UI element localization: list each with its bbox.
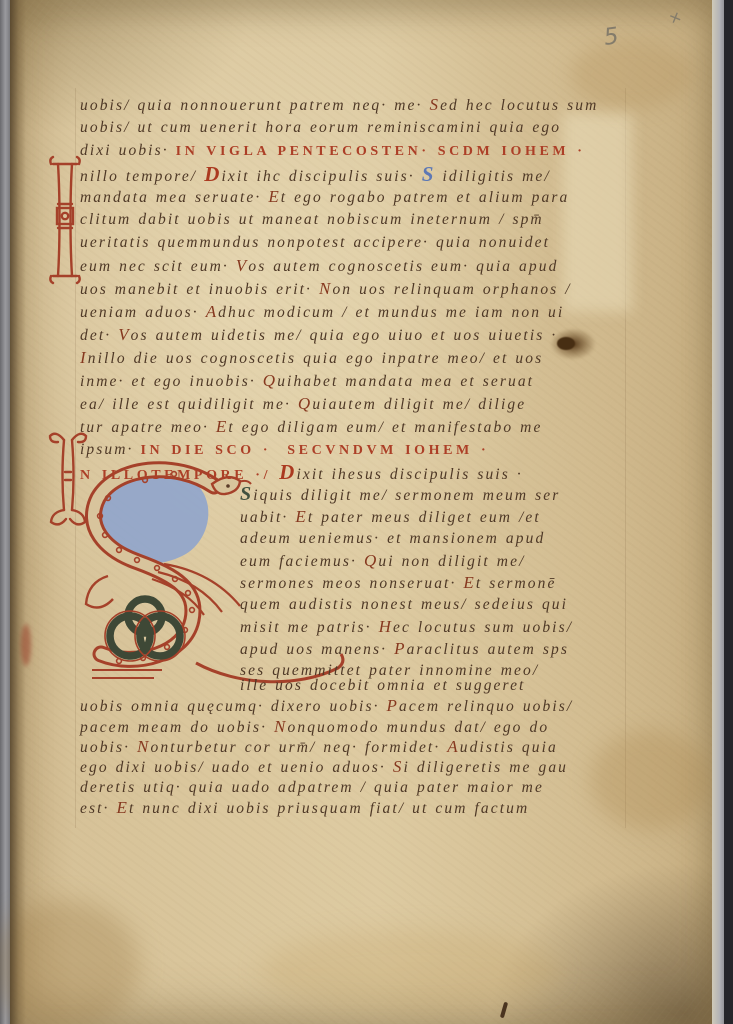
- text-line: ego dixi uobis/ uado et uenio aduos· Si …: [80, 757, 568, 778]
- body-text: t nunc dixi uobis priusquam fiat/ ut cum…: [129, 800, 529, 817]
- body-text: det·: [80, 327, 118, 344]
- text-line: dixi uobis· IN VIGLA PENTECOSTEN· SCDM I…: [80, 141, 586, 162]
- body-text: t sermonē: [476, 575, 557, 592]
- text-line: ille uos docebit omnia et suggeret: [240, 676, 525, 696]
- body-text: uiautem diligit me/ dilige: [312, 396, 526, 413]
- body-text: adeum ueniemus· et mansionem apud: [240, 530, 545, 547]
- body-text: t ego rogabo patrem et alium para: [281, 189, 570, 206]
- text-line: uos manebit et inuobis erit· Non uos rel…: [80, 279, 572, 300]
- text-line: ueniam aduos· Adhuc modicum / et mundus …: [80, 302, 564, 323]
- text-line: clitum dabit uobis ut maneat nobiscum in…: [80, 210, 544, 230]
- text-line: est· Et nunc dixi uobis priusquam fiat/ …: [80, 798, 529, 819]
- text-line: uobis omnia quęcumq· dixero uobis· Pacem…: [80, 696, 573, 717]
- body-text: E: [463, 573, 475, 592]
- body-text: uabit·: [240, 509, 295, 526]
- body-text: A: [447, 737, 459, 756]
- body-text: os autem uidetis me/ quia ego uiuo et uo…: [131, 327, 558, 344]
- text-line: Siquis diligit me/ sermonem meum ser: [240, 484, 560, 506]
- body-text: i diligeretis me gau: [403, 759, 568, 776]
- body-text: uos manebit et inuobis erit·: [80, 281, 319, 298]
- body-text: uobis omnia quęcumq· dixero uobis·: [80, 698, 387, 715]
- body-text: ego dixi uobis/ uado et uenio aduos·: [80, 759, 393, 776]
- text-line: ueritatis quemmundus nonpotest accipere·…: [80, 233, 550, 253]
- body-text: eum nec scit eum·: [80, 258, 236, 275]
- body-text: E: [268, 187, 280, 206]
- body-text: ixit ihc discipulis suis·: [221, 168, 421, 185]
- body-text: apud uos manens·: [240, 641, 394, 658]
- body-text: iquis diligit me/ sermonem meum ser: [253, 487, 560, 504]
- body-text: ixit ihesus discipulis suis ·: [296, 466, 522, 483]
- body-text: quem audistis nonest meus/ sedeius qui: [240, 596, 568, 613]
- body-text: os autem cognoscetis eum· quia apud: [248, 258, 558, 275]
- text-line: eum faciemus· Qui non diligit me/: [240, 551, 526, 572]
- body-text: I: [80, 348, 88, 367]
- body-text: araclitus autem sps: [407, 641, 569, 658]
- text-line: inme· et ego inuobis· Quihabet mandata m…: [80, 371, 534, 392]
- text-line: adeum ueniemus· et mansionem apud: [240, 529, 545, 549]
- body-text: E: [216, 417, 228, 436]
- body-text: S: [393, 757, 404, 776]
- body-text: on uos relinquam orphanos /: [332, 281, 571, 298]
- body-text: onquomodo mundus dat/ ego do: [288, 719, 550, 736]
- text-line: misit me patris· Hec locutus sum uobis/: [240, 617, 573, 638]
- brown-ink-blot-core: [557, 337, 575, 350]
- body-text: idiligitis me/: [436, 168, 551, 185]
- body-text: ille uos docebit omnia et suggeret: [240, 677, 525, 694]
- body-text: clitum dabit uobis ut maneat nobiscum in…: [80, 211, 544, 228]
- text-line: uobis/ quia nonnouerunt patrem neq· me· …: [80, 95, 598, 116]
- text-layer: uobis/ quia nonnouerunt patrem neq· me· …: [0, 0, 733, 1024]
- body-text: mandata mea seruate·: [80, 189, 268, 206]
- text-line: ipsum· IN DIE SCO · SECVNDVM IOHEM ·: [80, 440, 489, 461]
- body-text: uihabet mandata mea et seruat: [277, 373, 534, 390]
- body-text: ipsum·: [80, 441, 140, 458]
- body-text: N: [274, 717, 287, 736]
- text-line: uobis· Nonturbetur cor urm̄/ neq· formid…: [80, 737, 558, 758]
- text-line: det· Vos autem uidetis me/ quia ego uiuo…: [80, 325, 557, 346]
- body-text: t ego diligam eum/ et manifestabo me: [228, 419, 542, 436]
- body-text: pacem meam do uobis·: [80, 719, 274, 736]
- body-text: A: [206, 302, 218, 321]
- body-text: D: [279, 460, 296, 484]
- text-line: nillo tempore/ Dixit ihc discipulis suis…: [80, 164, 551, 187]
- body-text: V: [118, 325, 130, 344]
- text-line: tur apatre meo· Et ego diligam eum/ et m…: [80, 417, 542, 438]
- body-text: V: [236, 256, 248, 275]
- body-text: H: [379, 617, 393, 636]
- text-line: eum nec scit eum· Vos autem cognoscetis …: [80, 256, 558, 277]
- body-text: P: [387, 696, 399, 715]
- rubric-text: N ILLOTEMPORE ·/: [80, 468, 279, 483]
- body-text: tur apatre meo·: [80, 419, 216, 436]
- body-text: N: [319, 279, 332, 298]
- text-line: sermones meos nonseruat· Et sermonē: [240, 573, 557, 594]
- body-text: Q: [364, 551, 378, 570]
- body-text: E: [116, 798, 128, 817]
- manuscript-photo: 5 +: [0, 0, 733, 1024]
- red-edge-smudge: [21, 624, 31, 666]
- text-line: N ILLOTEMPORE ·/ Dixit ihesus discipulis…: [80, 462, 523, 486]
- body-text: uobis·: [80, 739, 137, 756]
- body-text: deretis utiq· quia uado adpatrem / quia …: [80, 779, 544, 796]
- body-text: S: [422, 162, 436, 186]
- text-line: deretis utiq· quia uado adpatrem / quia …: [80, 778, 544, 798]
- body-text: Q: [298, 394, 312, 413]
- body-text: ec locutus sum uobis/: [393, 619, 573, 636]
- body-text: nillo die uos cognoscetis quia ego inpat…: [88, 350, 543, 367]
- text-line: uobis/ ut cum uenerit hora eorum reminis…: [80, 118, 561, 138]
- text-line: ea/ ille est quidiligit me· Quiautem dil…: [80, 394, 526, 415]
- body-text: D: [204, 162, 221, 186]
- body-text: nillo tempore/: [80, 168, 204, 185]
- body-text: ui non diligit me/: [378, 553, 525, 570]
- text-line: quem audistis nonest meus/ sedeius qui: [240, 595, 568, 615]
- text-line: Inillo die uos cognoscetis quia ego inpa…: [80, 348, 543, 369]
- rubric-text: IN DIE SCO · SECVNDVM IOHEM ·: [140, 443, 489, 458]
- text-line: pacem meam do uobis· Nonquomodo mundus d…: [80, 717, 549, 738]
- body-text: dhuc modicum / et mundus me iam non ui: [218, 304, 564, 321]
- body-text: Q: [263, 371, 277, 390]
- body-text: uobis/ quia nonnouerunt patrem neq· me·: [80, 97, 429, 114]
- body-text: eum faciemus·: [240, 553, 364, 570]
- body-text: ea/ ille est quidiligit me·: [80, 396, 298, 413]
- body-text: sermones meos nonseruat·: [240, 575, 463, 592]
- body-text: N: [137, 737, 150, 756]
- text-line: apud uos manens· Paraclitus autem sps: [240, 639, 569, 660]
- body-text: ueritatis quemmundus nonpotest accipere·…: [80, 234, 550, 251]
- body-text: uobis/ ut cum uenerit hora eorum reminis…: [80, 119, 561, 136]
- body-text: inme· et ego inuobis·: [80, 373, 263, 390]
- rubric-text: IN VIGLA PENTECOSTEN· SCDM IOHEM ·: [176, 144, 586, 159]
- body-text: S: [240, 483, 253, 505]
- body-text: P: [394, 639, 406, 658]
- body-text: ueniam aduos·: [80, 304, 206, 321]
- text-line: uabit· Et pater meus diliget eum /et: [240, 507, 541, 528]
- body-text: acem relinquo uobis/: [399, 698, 573, 715]
- body-text: S: [429, 95, 440, 114]
- body-text: misit me patris·: [240, 619, 379, 636]
- body-text: onturbetur cor urm̄/ neq· formidet·: [151, 739, 448, 756]
- body-text: ed hec locutus sum: [440, 97, 598, 114]
- body-text: dixi uobis·: [80, 142, 176, 159]
- body-text: udistis quia: [460, 739, 558, 756]
- body-text: t pater meus diliget eum /et: [308, 509, 541, 526]
- body-text: E: [295, 507, 307, 526]
- body-text: est·: [80, 800, 116, 817]
- text-line: mandata mea seruate· Et ego rogabo patre…: [80, 187, 569, 208]
